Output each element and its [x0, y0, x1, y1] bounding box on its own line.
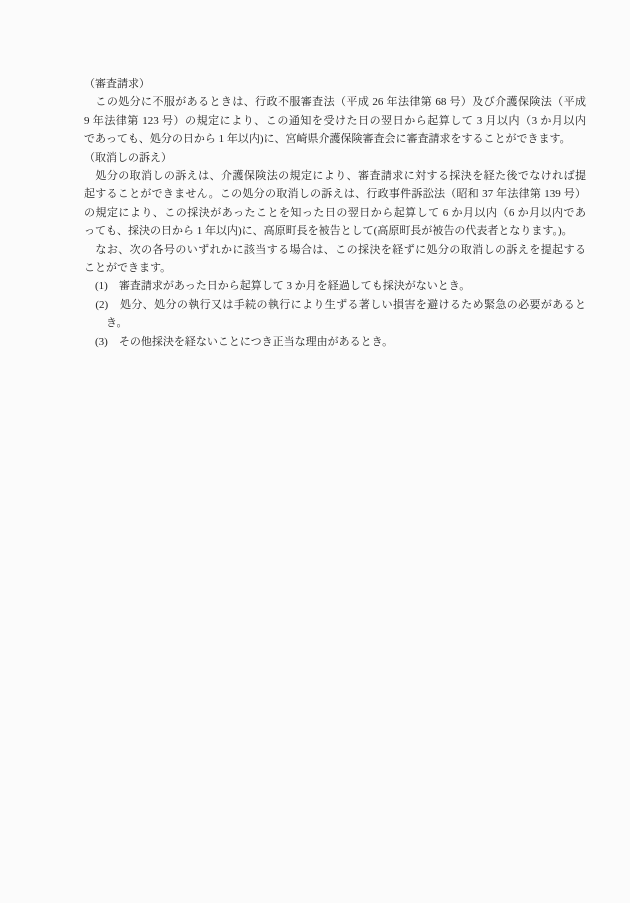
text-line: (3) その他採決を経ないことにつき正当な理由があるとき。 — [84, 333, 586, 351]
text-line: なお、次の各号のいずれかに該当する場合は、この採決を経ずに処分の取消しの訴えを提… — [84, 241, 586, 259]
section-heading: （審査請求） — [84, 75, 586, 93]
document-page: （審査請求） この処分に不服があるときは、行政不服審査法（平成 26 年法律第 … — [0, 0, 630, 903]
text-line: 起することができません。この処分の取消しの訴えは、行政事件訴訟法（昭和 37 年… — [84, 185, 586, 203]
section-heading: （取消しの訴え） — [84, 149, 586, 167]
text-line: ことができます。 — [84, 259, 586, 277]
text-line: (1) 審査請求があった日から起算して 3 か月を経過しても採決がないとき。 — [84, 277, 586, 295]
text-line: であっても、処分の日から 1 年以内)に、宮崎県介護保険審査会に審査請求をするこ… — [84, 130, 586, 148]
text-line: 処分の取消しの訴えは、介護保険法の規定により、審査請求に対する採決を経た後でなけ… — [84, 167, 586, 185]
text-line: の規定により、この採決があったことを知った日の翌日から起算して 6 か月以内（6… — [84, 204, 586, 222]
text-line: (2) 処分、処分の執行又は手続の執行により生ずる著しい損害を避けるため緊急の必… — [84, 296, 586, 314]
text-line: っても、採決の日から 1 年以内)に、高原町長を被告として(高原町長が被告の代表… — [84, 222, 586, 240]
text-line: この処分に不服があるときは、行政不服審査法（平成 26 年法律第 68 号）及び… — [84, 93, 586, 111]
text-line: き。 — [84, 314, 586, 332]
document-body: （審査請求） この処分に不服があるときは、行政不服審査法（平成 26 年法律第 … — [84, 75, 586, 351]
text-line: 9 年法律第 123 号）の規定により、この通知を受けた日の翌日から起算して 3… — [84, 112, 586, 130]
